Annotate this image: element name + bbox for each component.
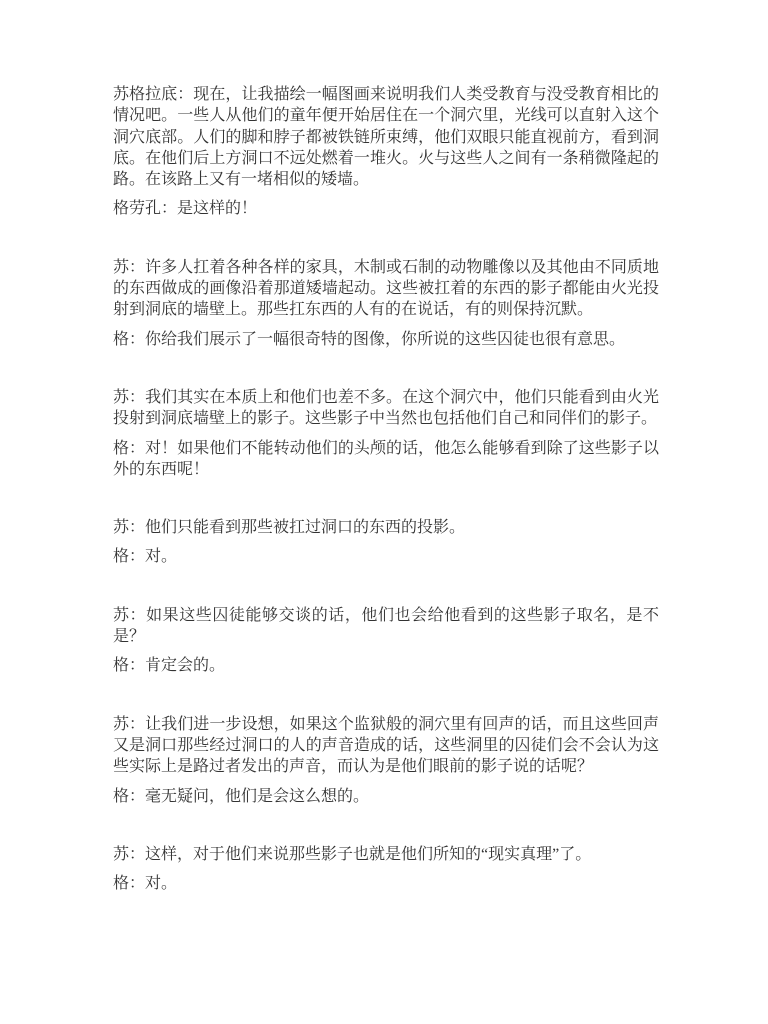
paragraph-socrates-4: 苏：他们只能看到那些被扛过洞口的东西的投影。 <box>113 517 659 538</box>
paragraph-socrates-5: 苏：如果这些囚徒能够交谈的话，他们也会给他看到的这些影子取名，是不是？ <box>113 605 659 648</box>
paragraph-glaucon-1: 格劳孔：是这样的！ <box>113 198 659 219</box>
paragraph-socrates-1: 苏格拉底：现在，让我描绘一幅图画来说明我们人类受教育与没受教育相比的情况吧。一些… <box>113 84 659 190</box>
paragraph-glaucon-5: 格：肯定会的。 <box>113 655 659 676</box>
paragraph-socrates-7: 苏：这样，对于他们来说那些影子也就是他们所知的“现实真理”了。 <box>113 844 659 865</box>
paragraph-socrates-2: 苏：许多人扛着各种各样的家具，木制或石制的动物雕像以及其他由不同质地的东西做成的… <box>113 257 659 321</box>
document-page: 苏格拉底：现在，让我描绘一幅图画来说明我们人类受教育与没受教育相比的情况吧。一些… <box>113 84 659 902</box>
paragraph-glaucon-3: 格：对！如果他们不能转动他们的头颅的话，他怎么能够看到除了这些影子以外的东西呢！ <box>113 438 659 481</box>
paragraph-socrates-6: 苏：让我们进一步设想，如果这个监狱般的洞穴里有回声的话，而且这些回声又是洞口那些… <box>113 714 659 778</box>
document-viewer: { "page": { "background_color": "#ffffff… <box>0 0 768 1024</box>
paragraph-glaucon-6: 格：毫无疑问，他们是会这么想的。 <box>113 786 659 807</box>
paragraph-socrates-3: 苏：我们其实在本质上和他们也差不多。在这个洞穴中，他们只能看到由火光投射到洞底墙… <box>113 387 659 430</box>
paragraph-glaucon-4: 格：对。 <box>113 546 659 567</box>
paragraph-glaucon-2: 格：你给我们展示了一幅很奇特的图像，你所说的这些囚徒也很有意思。 <box>113 329 659 350</box>
paragraph-glaucon-7: 格：对。 <box>113 873 659 894</box>
